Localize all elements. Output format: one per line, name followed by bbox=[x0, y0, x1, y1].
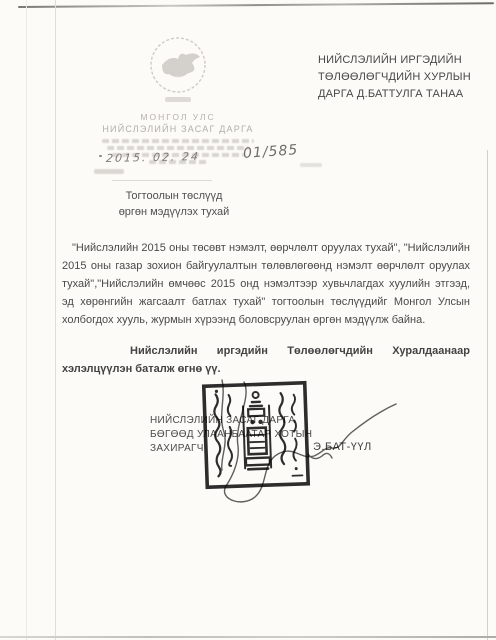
scan-artifact-right-line bbox=[487, 150, 488, 640]
recipient-block: НИЙСЛЭЛИЙН ИРГЭДИЙН ТӨЛӨӨЛӨГЧДИЙН ХУРЛЫН… bbox=[318, 52, 478, 103]
scan-artifact-bottom-line bbox=[0, 636, 496, 638]
letter-body: "Нийслэлийн 2015 оны төсөвт нэмэлт, өөрч… bbox=[62, 239, 470, 378]
faint-smudge bbox=[300, 163, 322, 167]
scan-artifact-left-faint-line bbox=[26, 0, 27, 640]
subject-line: өргөн мэдүүлэх тухай bbox=[112, 205, 236, 221]
stray-mark bbox=[99, 155, 102, 157]
address-line bbox=[102, 139, 254, 143]
address-line bbox=[107, 146, 249, 150]
recipient-line: НИЙСЛЭЛИЙН ИРГЭДИЙН bbox=[318, 52, 478, 69]
faint-preprinted-word bbox=[94, 169, 124, 174]
scan-artifact-left-line bbox=[55, 0, 56, 640]
letterhead-organization: НИЙСЛЭЛИЙН ЗАСАГ ДАРГА bbox=[85, 124, 271, 134]
reference-underline bbox=[112, 180, 212, 181]
city-emblem-icon bbox=[142, 34, 214, 108]
scanned-letter-page: МОНГОЛ УЛС НИЙСЛЭЛИЙН ЗАСАГ ДАРГА 2015. … bbox=[0, 0, 496, 640]
date-stamp: 2015. 02. 24 bbox=[105, 150, 200, 165]
signature-icon bbox=[182, 368, 402, 518]
document-number: 01/585 bbox=[243, 142, 299, 162]
subject-line: Тогтоолын төслүүд bbox=[112, 189, 236, 205]
recipient-line: ДАРГА Д.БАТТУЛГА ТАНАА bbox=[318, 86, 478, 103]
recipient-line: ТӨЛӨӨЛӨГЧДИЙН ХУРЛЫН bbox=[318, 69, 478, 86]
body-paragraph-1: "Нийслэлийн 2015 оны төсөвт нэмэлт, өөрч… bbox=[62, 239, 470, 329]
subject-block: Тогтоолын төслүүд өргөн мэдүүлэх тухай bbox=[112, 189, 236, 220]
scan-artifact-top-line bbox=[18, 2, 494, 8]
letterhead-country: МОНГОЛ УЛС bbox=[85, 112, 271, 122]
letterhead: МОНГОЛ УЛС НИЙСЛЭЛИЙН ЗАСАГ ДАРГА bbox=[85, 34, 271, 164]
